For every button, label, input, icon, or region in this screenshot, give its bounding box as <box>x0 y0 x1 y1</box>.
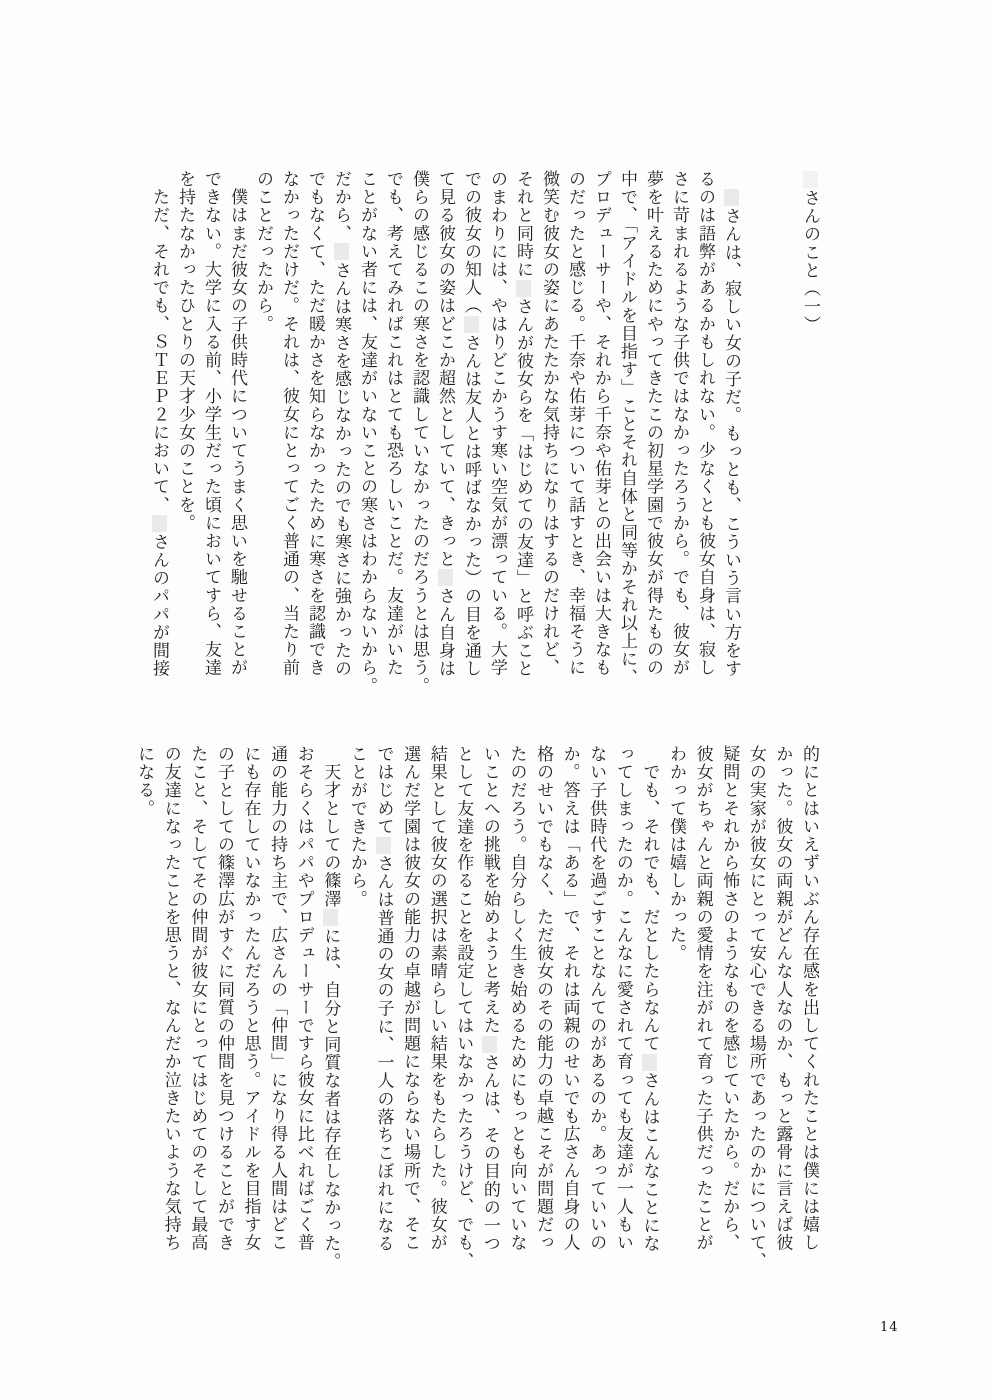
text-line: 僕らの感じるこの寒さを認識していなかったのだろうとは思う。 <box>406 170 432 704</box>
text-line: なかっただけだ。それは、彼女にとってごく普通の、当たり前 <box>276 170 302 704</box>
text-line: か。答えは「ある」で、それは両親のせいでも広さん自身の人 <box>556 745 583 1279</box>
text-line: わかって僕は嬉しかった。 <box>662 745 689 1279</box>
text-line: 夢を叶えるためにやってきたこの初星学園で彼女が得たものの <box>640 170 666 704</box>
text-line: さに苛まれるような子供ではなかったろうから。でも、彼女が <box>666 170 692 704</box>
text-line: でもなくて、ただ暖かさを知らなかったために寒さを認識でき <box>302 170 328 704</box>
document-page: さんのこと（一） さんは、寂しい女の子だ。もっとも、こういう言い方をするのは語弊… <box>0 0 991 1400</box>
redacted-name-box <box>323 909 338 926</box>
text-line: ことができたから。 <box>343 745 370 1279</box>
text-line: かった。彼女の両親がどんな人なのか、もっと露骨に言えば彼 <box>769 745 796 1279</box>
text-line: の子としての篠澤広がすぐに同質の仲間を見つけることができ <box>210 745 237 1279</box>
redacted-name-box <box>724 189 739 206</box>
page-number: 14 <box>880 1320 899 1335</box>
redacted-name-box <box>376 837 391 854</box>
text-line: たのだろう。自分らしく生き始めるためにもっとも向いていな <box>503 745 530 1279</box>
text-line: できない。大学に入る前、小学生だった頃においてすら、友達 <box>198 170 224 704</box>
text-line: 疑問とそれから怖さのようなものを感じていたから。だから、 <box>716 745 743 1279</box>
text-line: るのは語弊があるかもしれない。少なくとも彼女自身は、寂し <box>692 170 718 704</box>
text-line: て見る彼女の姿はどこか超然としていて、きっとさん自身は <box>432 170 458 704</box>
text-line: 的にとはいえずいぶん存在感を出してくれたことは僕には嬉し <box>795 745 822 1279</box>
text-line: ってしまったのか。こんなに愛されて育っても友達が一人もい <box>609 745 636 1279</box>
redacted-name-box <box>803 171 818 188</box>
redacted-name-box <box>438 569 453 586</box>
section-title: さんのこと（一） <box>797 170 823 704</box>
text-line: だから、さんは寒さを感じなかったのでも寒さに強かったの <box>328 170 354 704</box>
text-line: ない子供時代を過ごすことなんてのがあるのか。あっていいの <box>583 745 610 1279</box>
text-line: ことがない者には、友達がいないことの寒さはわからないから。 <box>354 170 380 704</box>
text-line: 格のせいでもなく、ただ彼女のその能力の卓越こそが問題だっ <box>529 745 556 1279</box>
text-line: でも、考えてみればこれはとても恐ろしいことだ。友達がいた <box>380 170 406 704</box>
top-text-block: さんのこと（一） さんは、寂しい女の子だ。もっとも、こういう言い方をするのは語弊… <box>146 170 823 704</box>
redacted-name-box <box>334 243 349 260</box>
text-line: 僕はまだ彼女の子供時代についてうまく思いを馳せることが <box>224 170 250 704</box>
text-line: のことだったから。 <box>250 170 276 704</box>
text-line: のまわりには、やはりどこかうす寒い空気が漂っている。大学 <box>484 170 510 704</box>
text-line: ただ、それでも、ＳＴＥＰ２において、さんのパパが間接 <box>146 170 172 704</box>
redacted-name-box <box>516 280 531 297</box>
text-line: 彼女がちゃんと両親の愛情を注がれて育った子供だったことが <box>689 745 716 1279</box>
text-line: として友達を作ることを設定してはいなかったろうけど、でも、 <box>450 745 477 1279</box>
text-line: プロデューサーや、それから千奈や佑芽との出会いは大きなも <box>588 170 614 704</box>
redacted-name-box <box>464 316 479 333</box>
text-line: いことへの挑戦を始めようと考えたさんは、その目的の一つ <box>476 745 503 1279</box>
text-line: それと同時にさんが彼女らを「はじめての友達」と呼ぶこと <box>510 170 536 704</box>
text-line: 天才としての篠澤には、自分と同質な者は存在しなかった。 <box>317 745 344 1279</box>
text-line: にも存在していなかったんだろうと思う。アイドルを目指す女 <box>237 745 264 1279</box>
text-line: 選んだ学園は彼女の能力の卓越が問題にならない場所で、そこ <box>397 745 424 1279</box>
text-line: 通の能力の持ち主で、広さんの「仲間」になり得る人間はどこ <box>264 745 291 1279</box>
text-line: の友達になったことを思うと、なんだか泣きたいような気持ち <box>157 745 184 1279</box>
text-line: 微笑む彼女の姿にあたたかな気持ちになりはするのだけれど、 <box>536 170 562 704</box>
text-line: たこと、そしてその仲間が彼女にとってはじめてのそして最高 <box>184 745 211 1279</box>
text-line: のだったと感じる。千奈や佑芽について話すとき、幸福そうに <box>562 170 588 704</box>
text-line: さんは、寂しい女の子だ。もっとも、こういう言い方をす <box>718 170 744 704</box>
text-line: 結果として彼女の選択は素晴らしい結果をもたらした。彼女が <box>423 745 450 1279</box>
redacted-name-box <box>642 1054 657 1071</box>
text-line: おそらくはパパやプロデューサーですら彼女に比べればごく普 <box>290 745 317 1279</box>
text-line: でも、それでも、だとしたらなんてさんはこんなことにな <box>636 745 663 1279</box>
text-line: 女の実家が彼女にとって安心できる場所であったのかについて、 <box>742 745 769 1279</box>
redacted-name-box <box>152 515 167 532</box>
text-line: になる。 <box>131 745 158 1279</box>
bottom-text-block: 的にとはいえずいぶん存在感を出してくれたことは僕には嬉しかった。彼女の両親がどん… <box>131 745 822 1279</box>
redacted-name-box <box>482 1036 497 1053</box>
text-line: ではじめてさんは普通の女の子に、一人の落ちこぼれになる <box>370 745 397 1279</box>
text-line: での彼女の知人（さんは友人とは呼ばなかった）の目を通し <box>458 170 484 704</box>
text-line: を持たなかったひとりの天才少女のことを。 <box>172 170 198 704</box>
text-line: 中で、「アイドルを目指す」ことそれ自体と同等かそれ以上に、 <box>614 170 640 704</box>
